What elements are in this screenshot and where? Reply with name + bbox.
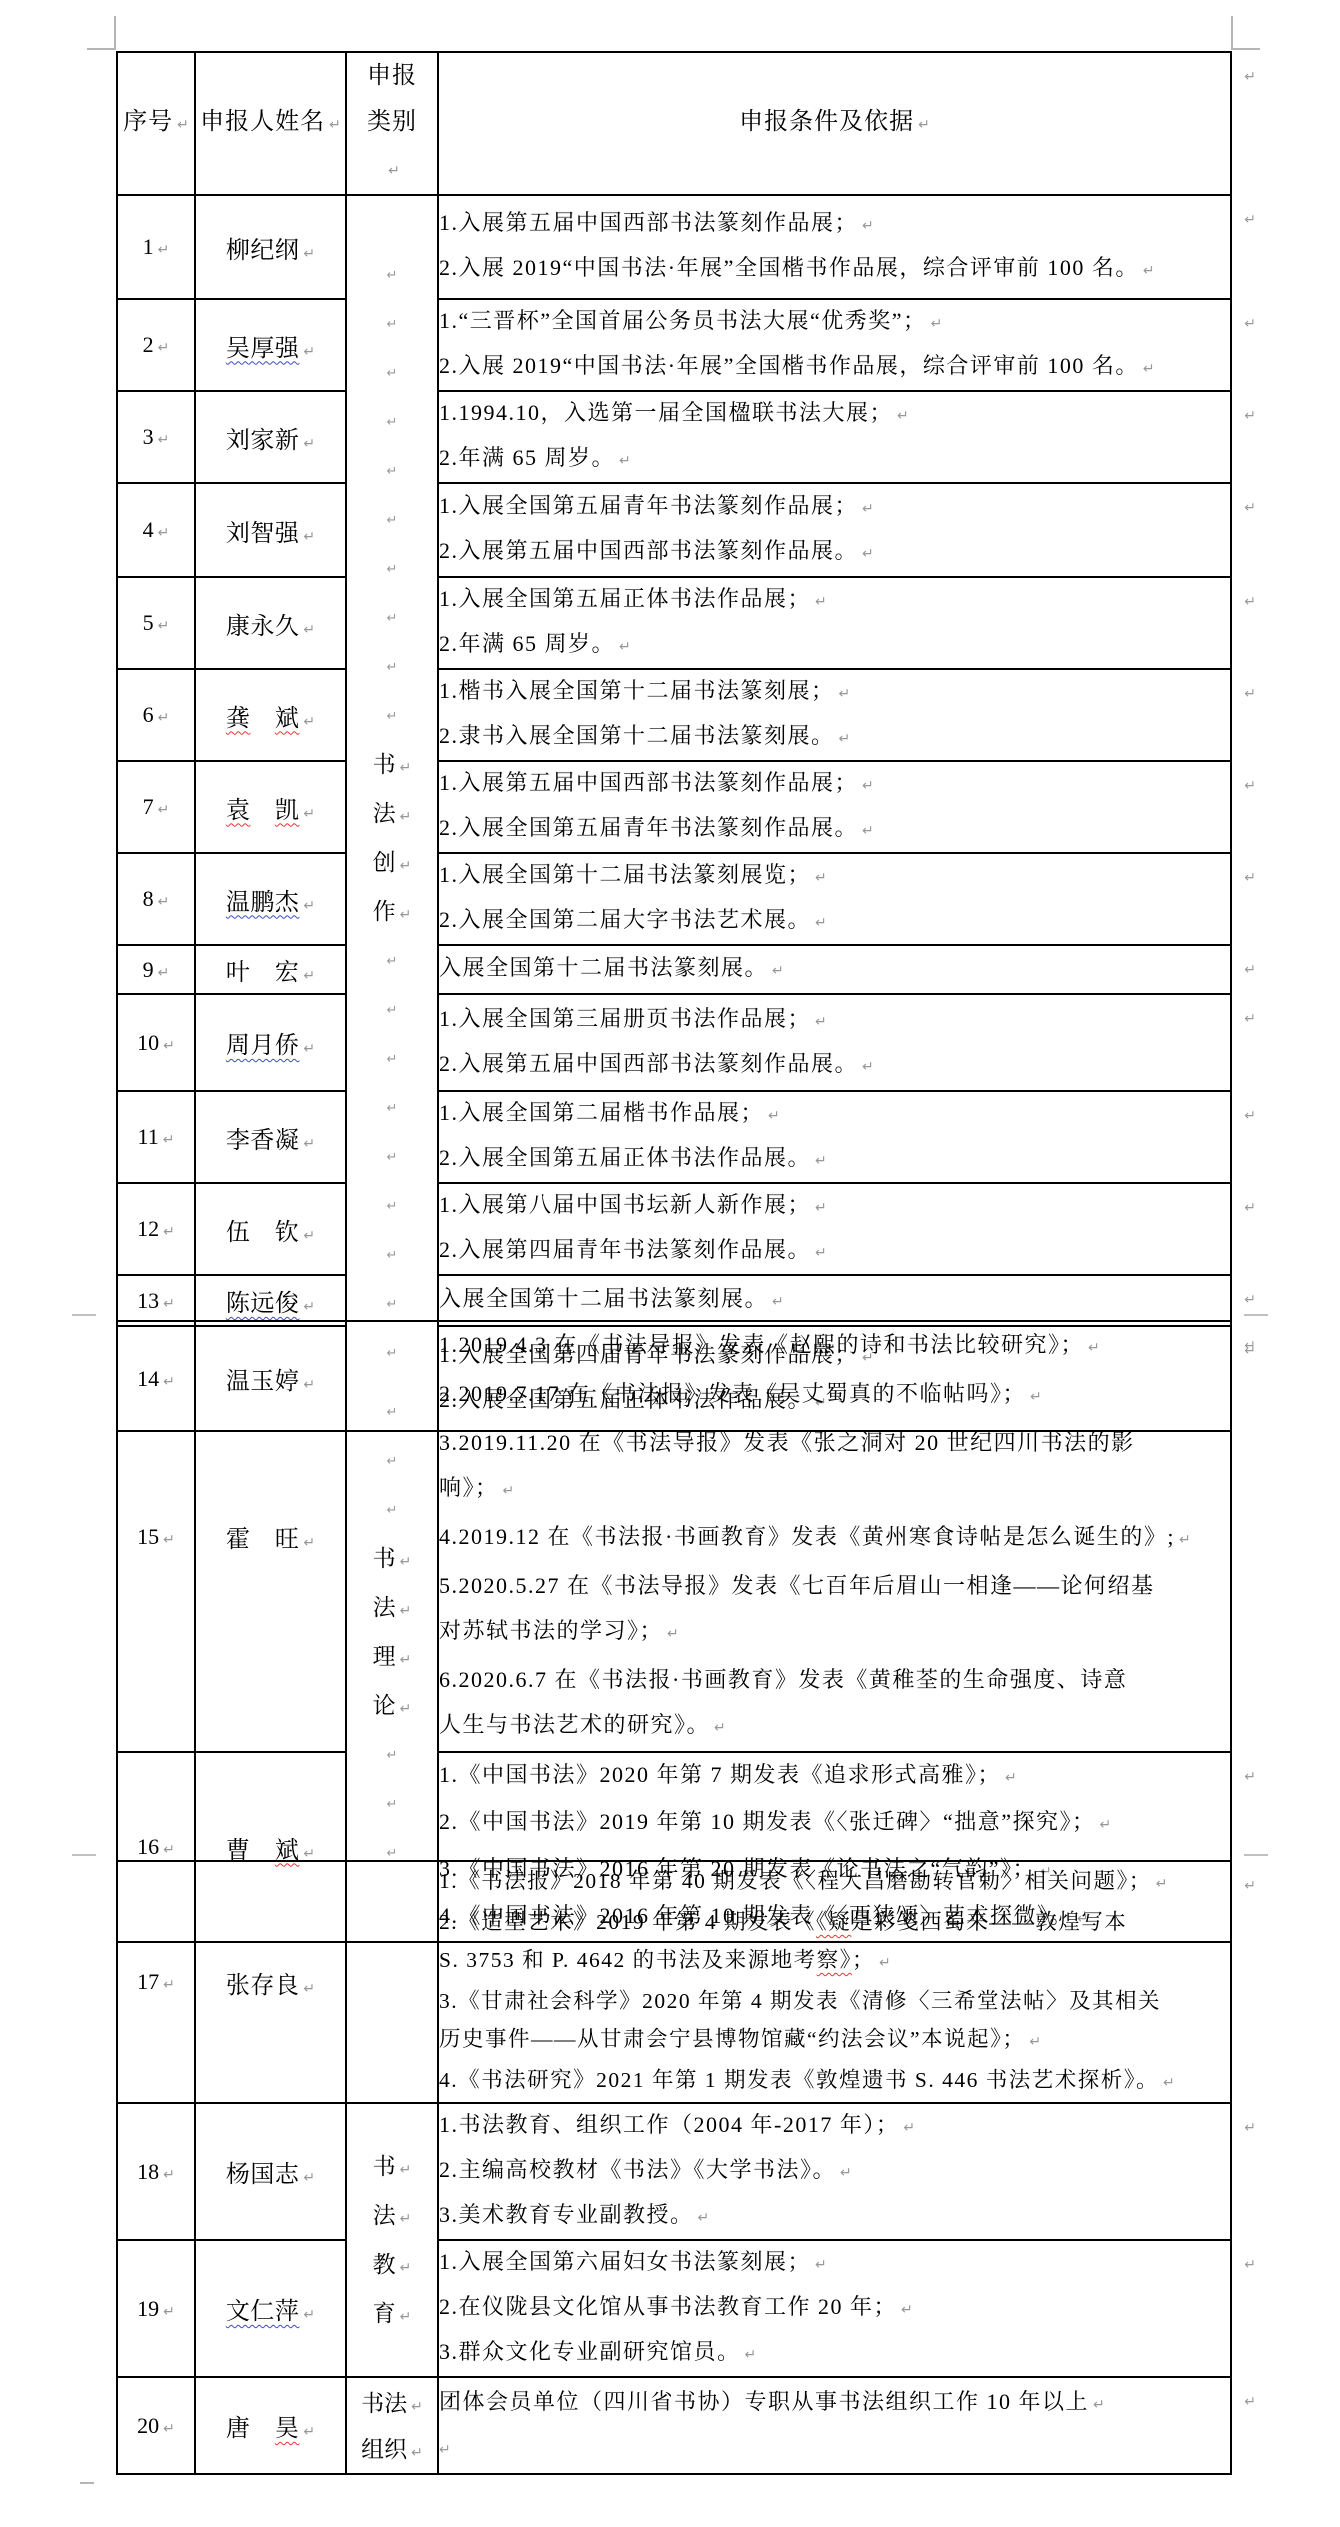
applicant-name-cell: 陈远俊 xyxy=(195,1275,346,1326)
serial-cell: 2 xyxy=(117,299,195,391)
serial-cell: 18 xyxy=(117,2103,195,2240)
applicant-name: 叶 宏 xyxy=(226,959,315,986)
table-row: 18 杨国志 书 法 教 育 1.书法教育、组织工作（2004 年-2017 年… xyxy=(117,2103,1231,2240)
applicant-name: 杨国志 xyxy=(226,2161,315,2188)
applicants-table-page-2: 15 霍 旺 书 法 理 论 1.2019.4.3 在《书法导报》发表《赵熙的诗… xyxy=(116,1320,1232,1943)
table-row: 8 温鹏杰 1.入展全国第十二届书法篆刻展览； 2.入展全国第二届大字书法艺术展… xyxy=(117,853,1231,945)
page-break-tick-right-1 xyxy=(1244,1314,1268,1316)
table-row: 10 周月侨 1.入展全国第三届册页书法作品展； 2.入展第五届中国西部书法篆刻… xyxy=(117,994,1231,1091)
serial-cell: 15 xyxy=(117,1321,195,1752)
header-conditions-label: 申报条件及依据 xyxy=(739,108,930,135)
header-conditions: 申报条件及依据 xyxy=(438,52,1231,195)
applicant-name-cell: 文仁萍 xyxy=(195,2240,346,2377)
serial-cell: 4 xyxy=(117,483,195,577)
header-serial-label: 序号 xyxy=(123,108,189,135)
applicant-name: 袁 凯 xyxy=(226,797,315,824)
table-row: 2 吴厚强 1.“三晋杯”全国首届公务员书法大展“优秀奖”； 2.入展 2019… xyxy=(117,299,1231,391)
conditions-cell: 1.楷书入展全国第十二届书法篆刻展； 2.隶书入展全国第十二届书法篆刻展。 xyxy=(438,669,1231,761)
conditions-cell: 团体会员单位（四川省书协）专职从事书法组织工作 10 年以上 xyxy=(438,2377,1231,2474)
serial-cell: 19 xyxy=(117,2240,195,2377)
condition-with-spellcheck: 2.《造型艺术》2019 年第 4 期发表《《疑是彩笺西蜀来——敦煌写本 S. … xyxy=(439,1903,1230,1982)
table-row: 6 龚 斌 1.楷书入展全国第十二届书法篆刻展； 2.隶书入展全国第十二届书法篆… xyxy=(117,669,1231,761)
table-row: 13 陈远俊 入展全国第十二届书法篆刻展。 xyxy=(117,1275,1231,1326)
header-category-label: 申报类别 xyxy=(365,53,419,194)
applicant-name-cell: 伍 钦 xyxy=(195,1183,346,1275)
serial-cell: 5 xyxy=(117,577,195,669)
applicant-name-cell: 康永久 xyxy=(195,577,346,669)
serial-cell: 12 xyxy=(117,1183,195,1275)
category-cell-organization: 书法 组织 xyxy=(346,2377,438,2474)
header-category: 申报类别 xyxy=(346,52,438,195)
serial-cell: 11 xyxy=(117,1091,195,1183)
empty-paragraph-mark xyxy=(439,2426,1230,2471)
applicant-name-cell: 唐 昊 xyxy=(195,2377,346,2474)
applicant-name: 李香凝 xyxy=(226,1127,315,1154)
category-cell-empty xyxy=(346,1861,438,2103)
document-canvas: 序号 申报人姓名 申报类别 申报条件及依据 1 柳纪纲 书 法 创 作 xyxy=(0,0,1340,2527)
conditions-cell: 1.“三晋杯”全国首届公务员书法大展“优秀奖”； 2.入展 2019“中国书法·… xyxy=(438,299,1231,391)
page-margin-mark-top-left-horizontal xyxy=(87,48,115,50)
category-vertical-text: 书 法 理 论 xyxy=(347,1370,437,1894)
applicant-name: 陈远俊 xyxy=(226,1290,315,1317)
conditions-cell: 1.书法教育、组织工作（2004 年-2017 年）； 2.主编高校教材《书法》… xyxy=(438,2103,1231,2240)
applicant-name-cell: 袁 凯 xyxy=(195,761,346,853)
table-row: 12 伍 钦 1.入展第八届中国书坛新人新作展； 2.入展第四届青年书法篆刻作品… xyxy=(117,1183,1231,1275)
conditions-cell: 1.入展全国第五届青年书法篆刻作品展； 2.入展第五届中国西部书法篆刻作品展。 xyxy=(438,483,1231,577)
table-row: 1 柳纪纲 书 法 创 作 1.入展第五届中国西部书法篆刻作品展； 2.入展 2… xyxy=(117,195,1231,299)
category-text: 书法 组织 xyxy=(347,2380,437,2472)
applicant-name-cell: 杨国志 xyxy=(195,2103,346,2240)
applicants-table-page-3: 17 张存良 1.《书法报》2018 年第 40 期发表《〈程大昌磨勘转官勅〉相… xyxy=(116,1860,1232,2475)
conditions-cell: 1.入展第五届中国西部书法篆刻作品展； 2.入展全国第五届青年书法篆刻作品展。 xyxy=(438,761,1231,853)
page-break-tick-left-1 xyxy=(72,1314,96,1316)
table-header-row: 序号 申报人姓名 申报类别 申报条件及依据 xyxy=(117,52,1231,195)
page-margin-mark-top-right-horizontal xyxy=(1232,48,1260,50)
conditions-cell: 1.入展第五届中国西部书法篆刻作品展； 2.入展 2019“中国书法·年展”全国… xyxy=(438,195,1231,299)
serial-cell: 9 xyxy=(117,945,195,994)
serial-cell: 6 xyxy=(117,669,195,761)
table-row: 9 叶 宏 入展全国第十二届书法篆刻展。 xyxy=(117,945,1231,994)
applicant-name-cell: 李香凝 xyxy=(195,1091,346,1183)
applicant-name-cell: 张存良 xyxy=(195,1861,346,2103)
header-serial: 序号 xyxy=(117,52,195,195)
serial-cell: 17 xyxy=(117,1861,195,2103)
header-name-label: 申报人姓名 xyxy=(200,108,341,135)
applicant-name-cell: 叶 宏 xyxy=(195,945,346,994)
category-vertical-text: 书 法 教 育 xyxy=(347,2111,437,2369)
category-cell-theory: 书 法 理 论 xyxy=(346,1321,438,1942)
table-row: 7 袁 凯 1.入展第五届中国西部书法篆刻作品展； 2.入展全国第五届青年书法篆… xyxy=(117,761,1231,853)
serial-cell: 13 xyxy=(117,1275,195,1326)
applicant-name-cell: 刘智强 xyxy=(195,483,346,577)
applicant-name: 张存良 xyxy=(226,1972,315,1999)
applicant-name-cell: 周月侨 xyxy=(195,994,346,1091)
category-cell-education: 书 法 教 育 xyxy=(346,2103,438,2377)
page-break-tick-right-2 xyxy=(1244,1854,1268,1856)
serial-cell: 8 xyxy=(117,853,195,945)
table-row: 19 文仁萍 1.入展全国第六届妇女书法篆刻展； 2.在仪陇县文化馆从事书法教育… xyxy=(117,2240,1231,2377)
conditions-cell: 1.入展全国第二届楷书作品展； 2.入展全国第五届正体书法作品展。 xyxy=(438,1091,1231,1183)
conditions-cell: 1.2019.4.3 在《书法导报》发表《赵熙的诗和书法比较研究》； 2.201… xyxy=(438,1321,1231,1752)
table-row: 15 霍 旺 书 法 理 论 1.2019.4.3 在《书法导报》发表《赵熙的诗… xyxy=(117,1321,1231,1752)
applicant-name-cell: 刘家新 xyxy=(195,391,346,483)
applicant-name: 唐 昊 xyxy=(226,2415,315,2442)
conditions-cell: 1.入展第八届中国书坛新人新作展； 2.入展第四届青年书法篆刻作品展。 xyxy=(438,1183,1231,1275)
category-cell-creation: 书 法 创 作 xyxy=(346,195,438,1431)
page-margin-mark-top-left-vertical xyxy=(114,16,116,50)
conditions-cell: 1.1994.10，入选第一届全国楹联书法大展； 2.年满 65 周岁。 xyxy=(438,391,1231,483)
header-name: 申报人姓名 xyxy=(195,52,346,195)
applicant-name: 刘家新 xyxy=(226,427,315,454)
applicant-name: 柳纪纲 xyxy=(226,237,315,264)
category-vertical-text: 书 法 创 作 xyxy=(347,236,437,1391)
table-row: 5 康永久 1.入展全国第五届正体书法作品展； 2.年满 65 周岁。 xyxy=(117,577,1231,669)
conditions-cell: 1.入展全国第五届正体书法作品展； 2.年满 65 周岁。 xyxy=(438,577,1231,669)
applicant-name-cell: 温鹏杰 xyxy=(195,853,346,945)
applicant-name: 霍 旺 xyxy=(226,1526,315,1553)
applicant-name-cell: 柳纪纲 xyxy=(195,195,346,299)
conditions-cell: 1.入展全国第六届妇女书法篆刻展； 2.在仪陇县文化馆从事书法教育工作 20 年… xyxy=(438,2240,1231,2377)
applicant-name: 康永久 xyxy=(226,613,315,640)
conditions-cell: 1.《书法报》2018 年第 40 期发表《〈程大昌磨勘转官勅〉相关问题》； 2… xyxy=(438,1861,1231,2103)
table-row: 11 李香凝 1.入展全国第二届楷书作品展； 2.入展全国第五届正体书法作品展。 xyxy=(117,1091,1231,1183)
applicant-name-cell: 霍 旺 xyxy=(195,1321,346,1752)
conditions-cell: 入展全国第十二届书法篆刻展。 xyxy=(438,1275,1231,1326)
applicant-name: 温鹏杰 xyxy=(226,889,315,916)
applicant-name: 伍 钦 xyxy=(226,1219,315,1246)
table-row: 20 唐 昊 书法 组织 团体会员单位（四川省书协）专职从事书法组织工作 10 … xyxy=(117,2377,1231,2474)
applicant-name: 刘智强 xyxy=(226,520,315,547)
applicant-name: 文仁萍 xyxy=(226,2298,315,2325)
serial-cell: 1 xyxy=(117,195,195,299)
conditions-cell: 入展全国第十二届书法篆刻展。 xyxy=(438,945,1231,994)
page-margin-mark-top-right-vertical xyxy=(1231,16,1233,50)
applicant-name-cell: 吴厚强 xyxy=(195,299,346,391)
page-margin-mark-bottom-left xyxy=(80,2482,94,2484)
applicant-name: 吴厚强 xyxy=(226,335,315,362)
table-row: 4 刘智强 1.入展全国第五届青年书法篆刻作品展； 2.入展第五届中国西部书法篆… xyxy=(117,483,1231,577)
applicant-name: 周月侨 xyxy=(226,1032,315,1059)
serial-cell: 20 xyxy=(117,2377,195,2474)
conditions-cell: 1.入展全国第三届册页书法作品展； 2.入展第五届中国西部书法篆刻作品展。 xyxy=(438,994,1231,1091)
applicant-name-cell: 龚 斌 xyxy=(195,669,346,761)
applicant-name: 龚 斌 xyxy=(226,705,315,732)
page-break-tick-left-2 xyxy=(72,1854,96,1856)
table-row: 17 张存良 1.《书法报》2018 年第 40 期发表《〈程大昌磨勘转官勅〉相… xyxy=(117,1861,1231,2103)
conditions-cell: 1.入展全国第十二届书法篆刻展览； 2.入展全国第二届大字书法艺术展。 xyxy=(438,853,1231,945)
applicants-table-page-1: 序号 申报人姓名 申报类别 申报条件及依据 1 柳纪纲 书 法 创 作 xyxy=(116,51,1232,1432)
table-row: 3 刘家新 1.1994.10，入选第一届全国楹联书法大展； 2.年满 65 周… xyxy=(117,391,1231,483)
serial-cell: 3 xyxy=(117,391,195,483)
serial-cell: 7 xyxy=(117,761,195,853)
serial-cell: 10 xyxy=(117,994,195,1091)
